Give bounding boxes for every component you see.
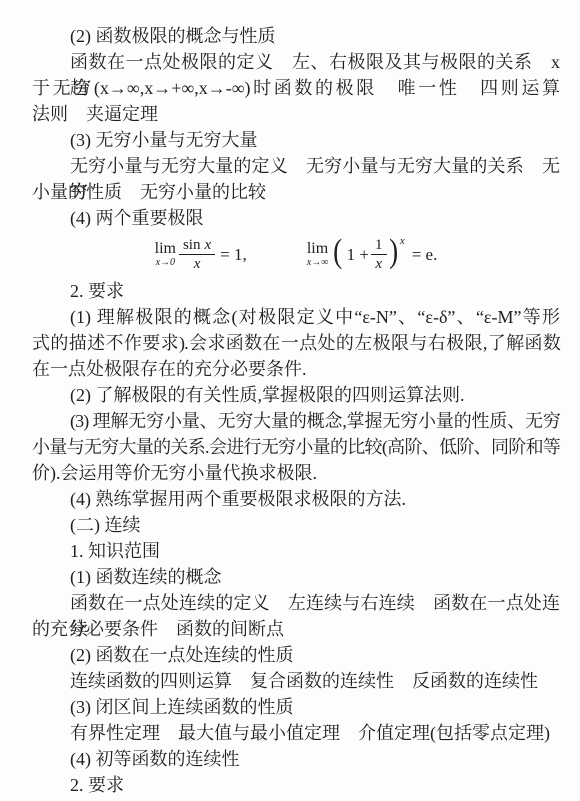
lim-subscript: x→0 bbox=[156, 258, 175, 268]
document-page: (2) 函数极限的概念与性质 函数在一点处极限的定义 左、右极限及其与极限的关系… bbox=[0, 0, 580, 801]
one-plus: 1 + bbox=[347, 245, 369, 265]
fraction-numerator: 1 bbox=[371, 237, 387, 256]
text-line: (2) 函数在一点处连续的性质 bbox=[32, 642, 560, 668]
text-line: (2) 了解极限的有关性质,掌握极限的四则运算法则. bbox=[32, 382, 560, 408]
equals-one: = 1, bbox=[220, 245, 247, 265]
equals-e: = e. bbox=[412, 245, 438, 265]
text-line: 函数在一点处极限的定义 左、右极限及其与极限的关系 x 趋 bbox=[32, 49, 560, 75]
text-line: (1) 函数连续的概念 bbox=[32, 564, 560, 590]
text-line: (1) 理解极限的概念(对极限定义中“ε-N”、“ε-δ”、“ε-M”等形 bbox=[32, 304, 560, 330]
text-line: 式的描述不作要求).会求函数在一点处的左极限与右极限,了解函数 bbox=[32, 330, 560, 356]
lim-word: lim bbox=[307, 241, 328, 257]
fraction-denominator: x bbox=[375, 255, 382, 273]
exponent-x: x bbox=[400, 235, 405, 247]
close-paren: ) bbox=[389, 237, 398, 268]
lim-word: lim bbox=[155, 241, 176, 257]
lim-subscript: x→∞ bbox=[307, 258, 329, 268]
text-line: 函数在一点处连续的定义 左连续与右连续 函数在一点处连续 bbox=[32, 590, 560, 616]
text-line: (3) 闭区间上连续函数的性质 bbox=[32, 694, 560, 720]
fraction-sinx-over-x: sinx x bbox=[179, 237, 215, 273]
limit-operator-second: lim x→∞ bbox=[307, 241, 329, 268]
text-line: 无穷小量与无穷大量的定义 无穷小量与无穷大量的关系 无穷 bbox=[32, 153, 560, 179]
text-line: 价).会运用等价无穷小量代换求极限. bbox=[32, 460, 560, 486]
text-line: (4) 熟练掌握用两个重要极限求极限的方法. bbox=[32, 486, 560, 512]
formula-two-important-limits: lim x→0 sinx x = 1, lim x→∞ ( 1 + 1 x ) … bbox=[32, 231, 560, 278]
text-line: (4) 初等函数的连续性 bbox=[32, 746, 560, 772]
text-line: 2. 要求 bbox=[32, 772, 560, 798]
text-line: 的充分必要条件 函数的间断点 bbox=[32, 616, 560, 642]
fraction-denominator: x bbox=[194, 255, 201, 273]
text-line: (二) 连续 bbox=[32, 512, 560, 538]
text-line: 小量与无穷大量的关系.会进行无穷小量的比较(高阶、低阶、同阶和等 bbox=[32, 434, 560, 460]
text-line: 有界性定理 最大值与最小值定理 介值定理(包括零点定理) bbox=[32, 720, 560, 746]
fraction-numerator: sinx bbox=[179, 237, 215, 256]
text-line: (2) 函数极限的概念与性质 bbox=[32, 23, 560, 49]
text-line: 连续函数的四则运算 复合函数的连续性 反函数的连续性 bbox=[32, 668, 560, 694]
text-line: 于无穷(x→∞,x→+∞,x→-∞)时函数的极限 唯一性 四则运算 bbox=[32, 75, 560, 101]
open-paren: ( bbox=[333, 237, 342, 268]
limit-operator-first: lim x→0 bbox=[155, 241, 176, 268]
text-line: (3) 无穷小量与无穷大量 bbox=[32, 127, 560, 153]
fraction-one-over-x: 1 x bbox=[371, 237, 387, 273]
text-line: 在一点处极限存在的充分必要条件. bbox=[32, 356, 560, 382]
text-line: (3) 理解无穷小量、无穷大量的概念,掌握无穷小量的性质、无穷 bbox=[32, 408, 560, 434]
text-line: 2. 要求 bbox=[32, 278, 560, 304]
text-line: (4) 两个重要极限 bbox=[32, 205, 560, 231]
text-line: 小量的性质 无穷小量的比较 bbox=[32, 179, 560, 205]
text-line: 1. 知识范围 bbox=[32, 538, 560, 564]
text-line: 法则 夹逼定理 bbox=[32, 101, 560, 127]
